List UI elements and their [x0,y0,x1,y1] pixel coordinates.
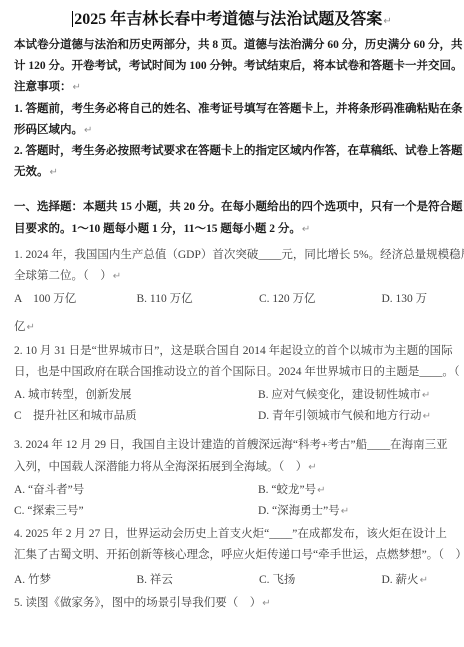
question-1-option-b: B. 110 万亿 [137,289,260,310]
question-4-options: A. 竹梦 B. 祥云 C. 飞扬 D. 薪火 ↵ [14,570,450,591]
question-3-option-c: C. “探索三号” [14,501,258,522]
paragraph-mark-icon: ↵ [341,501,349,522]
question-4-text-2: 汇集了古蜀文明、开拓创新等核心理念，呼应火炬传递口号“牵手世运，点燃梦想”。（ … [14,549,464,561]
paragraph-mark-icon: ↵ [84,125,92,136]
question-2-option-d: D. 青年引领城市气候和地方行动 [258,406,422,427]
intro-line-2: 计 120 分。开卷考试，考试时间为 100 分钟。考试结束后，将本试卷和答题卡… [14,56,450,77]
section-heading-line-1: 一、选择题：本题共 15 小题，共 20 分。在每小题给出的四个选项中，只有一个… [14,197,450,218]
question-5-line-1: 5. 读图《做家务》，图中的场景引导我们要（ ）↵ [14,593,450,614]
paragraph-mark-icon: ↵ [422,385,430,406]
paragraph-mark-icon: ↵ [262,598,270,609]
question-4-line-1: 4. 2025 年 2 月 27 日，世界运动会历史上首支火炬“____”在成都… [14,524,450,545]
notice-heading-text: 注意事项： [14,81,72,93]
paragraph-mark-icon: ↵ [73,82,81,93]
question-1-option-d: D. 130 万 [382,289,428,310]
notice-item-2-line-1: 2. 答题时，考生务必按照考试要求在答题卡上的指定区域内作答，在草稿纸、试卷上答… [14,141,450,162]
question-2-option-b: B. 应对气候变化，建设韧性城市 [258,385,421,406]
notice-item-2-text-2: 无效。 [14,166,49,178]
notice-item-2-line-2: 无效。↵ [14,162,450,183]
notice-item-1-line-1: 1. 答题前，考生务必将自己的姓名、准考证号填写在答题卡上，并将条形码准确粘贴在… [14,99,450,120]
question-4-text-1: 4. 2025 年 2 月 27 日，世界运动会历史上首支火炬“____”在成都… [14,528,447,540]
paragraph-mark-icon: ↵ [383,16,391,27]
notice-heading: 注意事项：↵ [14,77,450,98]
question-1-option-d-wrap: 亿↵ [14,317,450,338]
question-3-option-b: B. “蛟龙”号 [258,480,316,501]
question-1-option-a: A 100 万亿 [14,289,137,310]
question-3-text-1: 3. 2024 年 12 月 29 日，我国自主设计建造的首艘深远海“科考+考古… [14,439,448,451]
question-2-text-2: 日，也是中国政府在联合国推动设立的首个国际日。2024 年世界城市日的主题是__… [14,366,464,378]
question-4-option-d: D. 薪火 [382,570,419,591]
exam-title: 2025 年吉林长春中考道德与法治试题及答案 [74,11,382,28]
intro-text-2: 计 120 分。开卷考试，考试时间为 100 分钟。考试结束后，将本试卷和答题卡… [14,60,463,72]
intro-text-1: 本试卷分道德与法治和历史两部分，共 8 页。道德与法治满分 60 分，历史满分 … [14,39,463,51]
question-1-line-2: 全球第二位。（ ）↵ [14,266,450,287]
question-5-text-1: 5. 读图《做家务》，图中的场景引导我们要（ ） [14,597,261,609]
question-1-line-1: 1. 2024 年，我国国内生产总值（GDP）首次突破____元，同比增长 5%… [14,245,450,266]
section-heading-line-2: 目要求的。1～10 题每小题 1 分，11～15 题每小题 2 分。↵ [14,219,450,240]
question-1-option-d-wrap-text: 亿 [14,321,26,333]
question-3-line-2: 入列，中国载人深潜能力将从全海深拓展到全海域。（ ）↵ [14,457,450,478]
question-3-options-row-2: C. “探索三号” D. “深海勇士”号 ↵ [14,501,450,522]
question-3-option-a: A. “奋斗者”号 [14,480,258,501]
paragraph-mark-icon: ↵ [27,322,35,333]
question-4-line-2: 汇集了古蜀文明、开拓创新等核心理念，呼应火炬传递口号“牵手世运，点燃梦想”。（ … [14,545,450,566]
paragraph-mark-icon: ↵ [50,167,58,178]
question-2-option-c: C 提升社区和城市品质 [14,406,258,427]
question-1-options: A 100 万亿 B. 110 万亿 C. 120 万亿 D. 130 万 [14,289,450,310]
question-4-option-b: B. 祥云 [137,570,260,591]
notice-item-1-text-1: 1. 答题前，考生务必将自己的姓名、准考证号填写在答题卡上，并将条形码准确粘贴在… [14,103,463,115]
paragraph-mark-icon: ↵ [113,271,121,282]
document-page: 2025 年吉林长春中考道德与法治试题及答案↵ 本试卷分道德与法治和历史两部分，… [0,0,464,614]
exam-title-line: 2025 年吉林长春中考道德与法治试题及答案↵ [14,7,450,35]
question-3-option-d: D. “深海勇士”号 [258,501,340,522]
question-2-line-1: 2. 10 月 31 日是“世界城市日”，这是联合国自 2014 年起设立的首个… [14,341,450,362]
question-4-option-a: A. 竹梦 [14,570,137,591]
question-4-option-c: C. 飞扬 [259,570,382,591]
notice-item-1-text-2: 形码区域内。 [14,124,83,136]
section-heading-text-1: 一、选择题：本题共 15 小题，共 20 分。在每小题给出的四个选项中，只有一个… [14,201,463,213]
notice-item-2-text-1: 2. 答题时，考生务必按照考试要求在答题卡上的指定区域内作答，在草稿纸、试卷上答… [14,145,463,157]
question-2-text-1: 2. 10 月 31 日是“世界城市日”，这是联合国自 2014 年起设立的首个… [14,345,453,357]
question-2-options-row-2: C 提升社区和城市品质 D. 青年引领城市气候和地方行动 ↵ [14,406,450,427]
question-1-text-2: 全球第二位。（ ） [14,270,112,282]
question-2-options-row-1: A. 城市转型，创新发展 B. 应对气候变化，建设韧性城市 ↵ [14,385,450,406]
question-1-text-1: 1. 2024 年，我国国内生产总值（GDP）首次突破____元，同比增长 5%… [14,249,464,261]
notice-item-1-line-2: 形码区域内。↵ [14,120,450,141]
question-2-line-2: 日，也是中国政府在联合国推动设立的首个国际日。2024 年世界城市日的主题是__… [14,362,450,383]
intro-line-1: 本试卷分道德与法治和历史两部分，共 8 页。道德与法治满分 60 分，历史满分 … [14,35,450,56]
question-3-text-2: 入列，中国载人深潜能力将从全海深拓展到全海域。（ ） [14,461,307,473]
question-2-option-a: A. 城市转型，创新发展 [14,385,258,406]
question-1-option-c: C. 120 万亿 [259,289,382,310]
paragraph-mark-icon: ↵ [317,480,325,501]
paragraph-mark-icon: ↵ [302,224,310,235]
question-3-options-row-1: A. “奋斗者”号 B. “蛟龙”号 ↵ [14,480,450,501]
paragraph-mark-icon: ↵ [423,406,431,427]
paragraph-mark-icon: ↵ [420,570,428,591]
question-3-line-1: 3. 2024 年 12 月 29 日，我国自主设计建造的首艘深远海“科考+考古… [14,435,450,456]
section-heading-text-2: 目要求的。1～10 题每小题 1 分，11～15 题每小题 2 分。 [14,223,301,235]
paragraph-mark-icon: ↵ [308,462,316,473]
